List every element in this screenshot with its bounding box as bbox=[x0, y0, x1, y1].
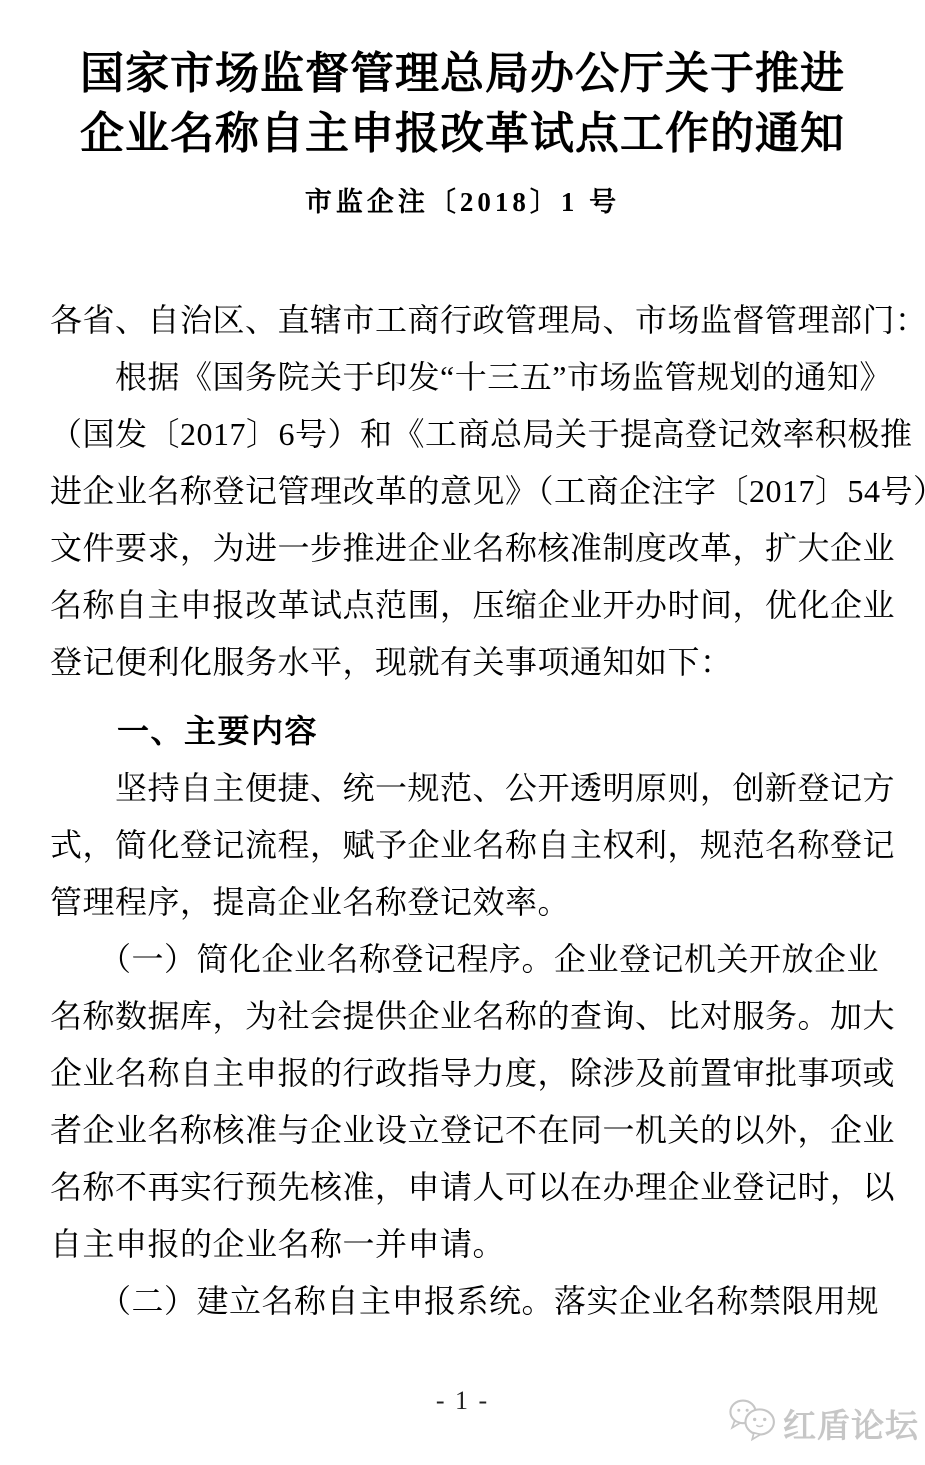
document-number: 市监企注〔2018〕1 号 bbox=[0, 180, 925, 219]
body-line: 自主申报的企业名称一并申请。 bbox=[50, 1216, 892, 1273]
body-line: 名称数据库，为社会提供企业名称的查询、比对服务。加大 bbox=[50, 988, 892, 1045]
document-body: 各省、自治区、直辖市工商行政管理局、市场监督管理部门： 根据《国务院关于印发“十… bbox=[0, 292, 925, 1330]
body-line: 名称自主申报改革试点范围，压缩企业开办时间，优化企业 bbox=[50, 577, 892, 634]
section-heading: 一、主要内容 bbox=[50, 703, 892, 760]
body-line: （国发〔2017〕6号）和《工商总局关于提高登记效率积极推 bbox=[50, 406, 892, 463]
body-line: （一）简化企业名称登记程序。企业登记机关开放企业 bbox=[50, 931, 892, 988]
body-line: 文件要求，为进一步推进企业名称核准制度改革，扩大企业 bbox=[50, 520, 892, 577]
body-line: 登记便利化服务水平，现就有关事项通知如下： bbox=[50, 634, 892, 691]
body-line: 各省、自治区、直辖市工商行政管理局、市场监督管理部门： bbox=[50, 292, 892, 349]
body-line: 者企业名称核准与企业设立登记不在同一机关的以外，企业 bbox=[50, 1102, 892, 1159]
body-line: 式，简化登记流程，赋予企业名称自主权利，规范名称登记 bbox=[50, 817, 892, 874]
body-line: 进企业名称登记管理改革的意见》（工商企注字〔2017〕54号） bbox=[50, 463, 892, 520]
watermark: 红盾论坛 bbox=[727, 1396, 919, 1450]
document-title-line-2: 企业名称自主申报改革试点工作的通知 bbox=[0, 104, 925, 164]
body-line: 企业名称自主申报的行政指导力度，除涉及前置审批事项或 bbox=[50, 1045, 892, 1102]
watermark-label: 红盾论坛 bbox=[783, 1400, 919, 1447]
body-line: 坚持自主便捷、统一规范、公开透明原则，创新登记方 bbox=[50, 760, 892, 817]
body-line: 名称不再实行预先核准，申请人可以在办理企业登记时，以 bbox=[50, 1159, 892, 1216]
document-page: 国家市场监督管理总局办公厅关于推进 企业名称自主申报改革试点工作的通知 市监企注… bbox=[0, 0, 925, 1465]
body-line: 管理程序，提高企业名称登记效率。 bbox=[50, 874, 892, 931]
body-line: 根据《国务院关于印发“十三五”市场监管规划的通知》 bbox=[50, 349, 892, 406]
document-title: 国家市场监督管理总局办公厅关于推进 企业名称自主申报改革试点工作的通知 bbox=[0, 0, 925, 164]
document-title-line-1: 国家市场监督管理总局办公厅关于推进 bbox=[0, 44, 925, 104]
chat-bubbles-icon bbox=[727, 1396, 779, 1450]
body-line: （二）建立名称自主申报系统。落实企业名称禁限用规 bbox=[50, 1273, 892, 1330]
